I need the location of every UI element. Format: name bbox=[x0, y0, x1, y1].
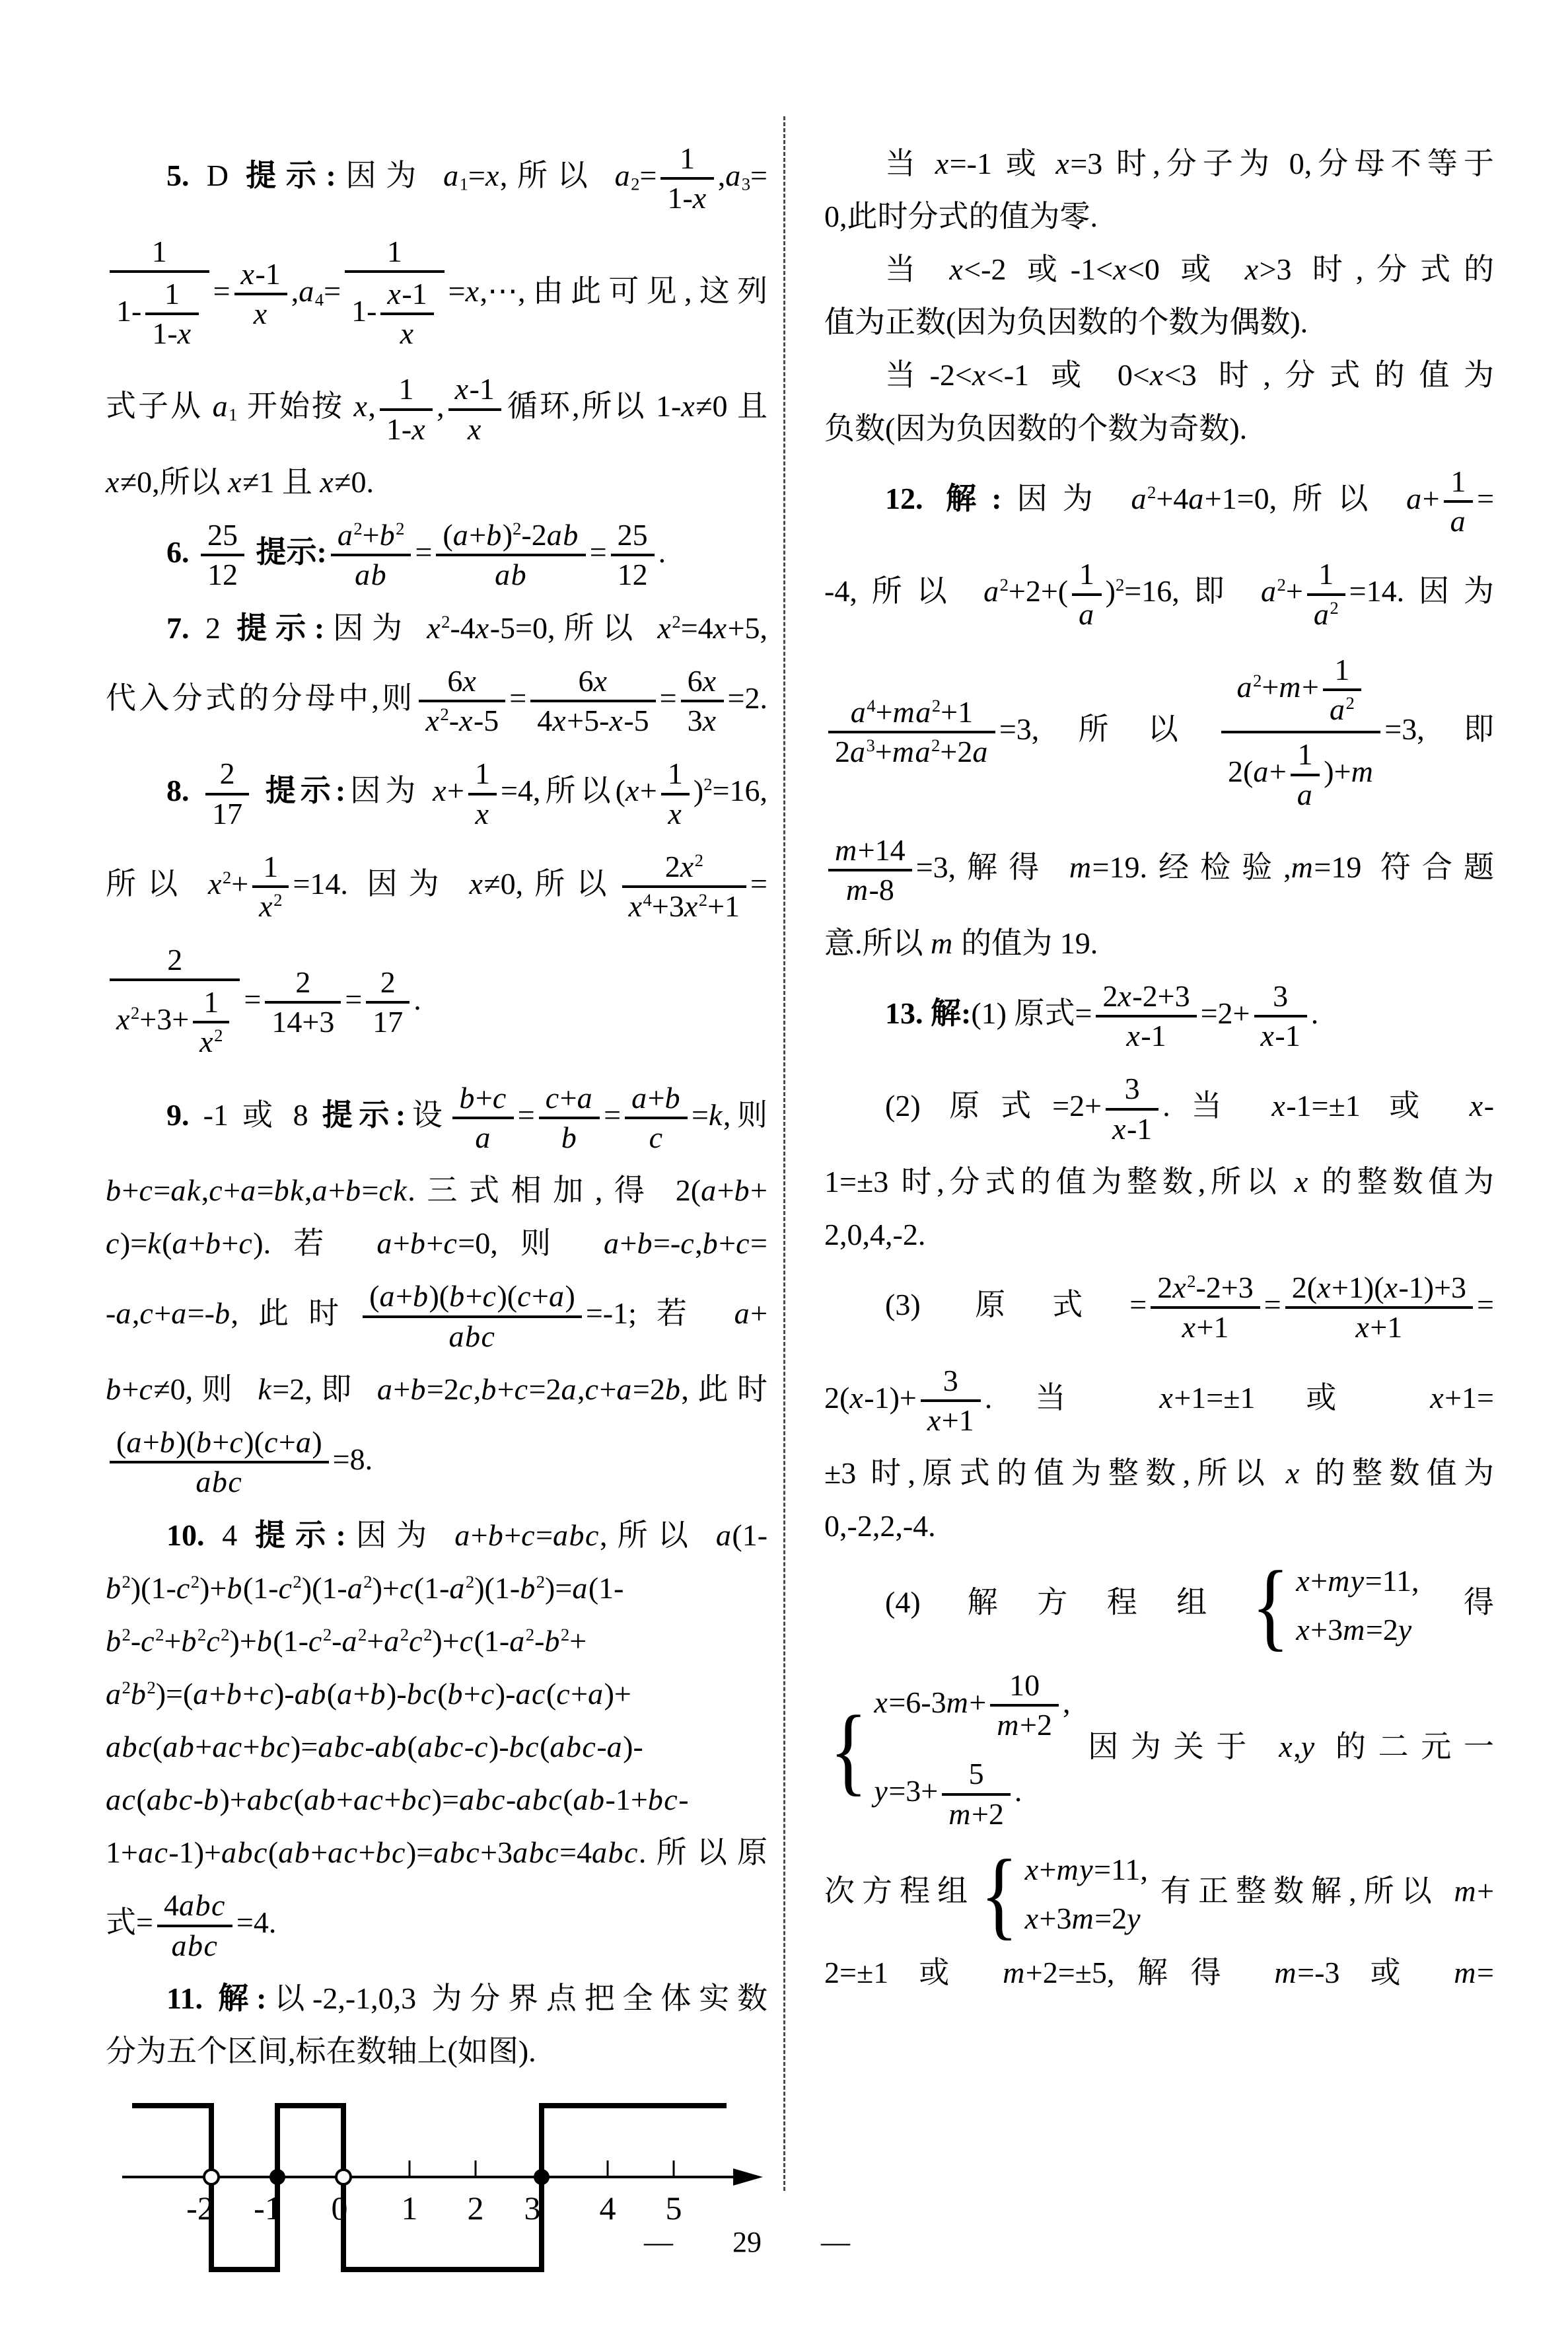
axis-label: 3 bbox=[524, 2190, 541, 2227]
math-line: -a,c+a=-b,此时(a+b)(b+c)(c+a)abc=-1;若 a+ bbox=[106, 1278, 767, 1355]
open-point bbox=[204, 2170, 219, 2184]
math-line: 1=±3 时,分式的值为整数,所以 x 的整数值为 bbox=[824, 1163, 1494, 1200]
axis-label: -1 bbox=[254, 2190, 281, 2227]
math-line: {x=6-3m+10m+2,y=3+5m+2.因为关于 x,y 的二元一 bbox=[824, 1666, 1494, 1834]
math-line: 11. 解:以-2,-1,0,3 为分界点把全体实数 bbox=[106, 1980, 767, 2017]
math-line: 分为五个区间,标在数轴上(如图). bbox=[106, 2033, 767, 2070]
math-line: 意.所以 m 的值为 19. bbox=[824, 925, 1494, 962]
axis-label: 5 bbox=[666, 2190, 682, 2227]
math-line: 6. 2512 提示:a2+b2ab=(a+b)2-2abab=2512. bbox=[106, 517, 767, 594]
math-line: 11-11-x=x-1x,a4=11-x-1x=x,⋯,由此可见,这列 bbox=[106, 233, 767, 355]
math-line: b2-c2+b2c2)+b(1-c2-a2+a2c2)+c(1-a2-b2+ bbox=[106, 1623, 767, 1660]
math-line: 当 x=-1 或 x=3 时,分子为 0,分母不等于 bbox=[824, 145, 1494, 182]
math-line: 负数(因为负因数的个数为奇数). bbox=[824, 410, 1494, 447]
math-line: 9. -1 或 8 提示:设b+ca=c+ab=a+bc=k,则 bbox=[106, 1080, 767, 1157]
right-column: 当 x=-1 或 x=3 时,分子为 0,分母不等于 0,此时分式的值为零. 当… bbox=[824, 129, 1494, 2007]
axis-label: 0 bbox=[332, 2190, 348, 2227]
axis-label: 1 bbox=[402, 2190, 418, 2227]
math-line: x≠0,所以 x≠1 且 x≠0. bbox=[106, 464, 767, 501]
math-line: m+14m-8=3,解得 m=19.经检验,m=19 符合题 bbox=[824, 832, 1494, 909]
math-line: a2b2)=(a+b+c)-ab(a+b)-bc(b+c)-ac(c+a)+ bbox=[106, 1676, 767, 1713]
math-line: 12. 解:因为 a2+4a+1=0,所以 a+1a= bbox=[824, 463, 1494, 540]
math-line: 代入分式的分母中,则6xx2-x-5=6x4x+5-x-5=6x3x=2. bbox=[106, 663, 767, 740]
math-line: (4) 解方程组{x+my=11,x+3m=2y得 bbox=[824, 1561, 1494, 1650]
math-line: (3) 原式=2x2-2+3x+1=2(x+1)(x-1)+3x+1= bbox=[824, 1269, 1494, 1347]
math-line: 式=4abcabc=4. bbox=[106, 1887, 767, 1964]
footer-dash: — bbox=[821, 2225, 850, 2259]
axis-arrow-icon bbox=[733, 2168, 763, 2186]
math-line: b2)(1-c2)+b(1-c2)(1-a2)+c(1-a2)(1-b2)=a(… bbox=[106, 1570, 767, 1607]
axis-label: -2 bbox=[186, 2190, 214, 2227]
math-line: (a+b)(b+c)(c+a)abc=8. bbox=[106, 1424, 767, 1501]
math-line: -4,所以 a2+2+(1a)2=16,即 a2+1a2=14.因为 bbox=[824, 556, 1494, 633]
math-line: b+c≠0,则 k=2,即 a+b=2c,b+c=2a,c+a=2b,此时 bbox=[106, 1371, 767, 1408]
math-line: abc(ab+ac+bc)=abc-ab(abc-c)-bc(abc-a)- bbox=[106, 1728, 767, 1765]
axis-label: 4 bbox=[600, 2190, 616, 2227]
math-line: 式子从 a1 开始按 x,11-x,x-1x循环,所以 1-x≠0 且 bbox=[106, 371, 767, 448]
column-divider bbox=[783, 116, 785, 2191]
math-line: 2x2+3+1x2=214+3=217. bbox=[106, 941, 767, 1064]
math-line: ac(abc-b)+abc(ab+ac+bc)=abc-abc(ab-1+bc- bbox=[106, 1781, 767, 1818]
math-line: 2(x-1)+3x+1.当 x+1=±1 或 x+1= bbox=[824, 1362, 1494, 1440]
math-line: 1+ac-1)+abc(ab+ac+bc)=abc+3abc=4abc.所以原 bbox=[106, 1834, 767, 1871]
math-line: 8. 217 提示:因为 x+1x=4,所以(x+1x)2=16, bbox=[106, 755, 767, 832]
closed-point bbox=[534, 2169, 550, 2185]
math-line: 当-2<x<-1 或 0<x<3 时,分式的值为 bbox=[824, 357, 1494, 394]
math-line: 10. 4 提示:因为 a+b+c=abc,所以 a(1- bbox=[106, 1517, 767, 1554]
math-line: 2=±1 或 m+2=±5,解得 m=-3 或 m= bbox=[824, 1954, 1494, 1991]
math-line: 0,此时分式的值为零. bbox=[824, 198, 1494, 235]
math-line: 7. 2 提示:因为 x2-4x-5=0,所以 x2=4x+5, bbox=[106, 610, 767, 647]
math-line: 次方程组{x+my=11,x+3m=2y有正整数解,所以 m+ bbox=[824, 1850, 1494, 1938]
axis-label: 2 bbox=[468, 2190, 484, 2227]
math-line: a4+ma2+12a3+ma2+2a=3,所以a2+m+1a22(a+1a)+m… bbox=[824, 649, 1494, 816]
sign-wave-path bbox=[132, 2106, 727, 2270]
math-line: 当 x<-2 或-1<x<0 或 x>3 时,分式的 bbox=[824, 251, 1494, 288]
left-column: 5. D 提示:因为 a1=x,所以 a2=11-x,a3= 11-11-x=x… bbox=[106, 124, 767, 2291]
closed-point bbox=[269, 2169, 285, 2185]
math-line: 值为正数(因为负因数的个数为偶数). bbox=[824, 304, 1494, 341]
math-line: 所以 x2+1x2=14. 因为 x≠0,所以2x2x4+3x2+1= bbox=[106, 848, 767, 926]
open-point bbox=[336, 2170, 351, 2184]
number-line-figure: -2 -1 0 1 2 3 4 5 bbox=[112, 2092, 767, 2291]
footer-dash: — bbox=[644, 2225, 673, 2259]
math-line: 0,-2,2,-4. bbox=[824, 1508, 1494, 1545]
number-line-svg: -2 -1 0 1 2 3 4 5 bbox=[112, 2092, 773, 2291]
math-line: 5. D 提示:因为 a1=x,所以 a2=11-x,a3= bbox=[106, 140, 767, 217]
math-line: ±3 时,原式的值为整数,所以 x 的整数值为 bbox=[824, 1455, 1494, 1492]
math-line: 2,0,4,-2. bbox=[824, 1216, 1494, 1253]
math-line: 13. 解:(1) 原式=2x-2+3x-1=2+3x-1. bbox=[824, 978, 1494, 1055]
math-line: b+c=ak,c+a=bk,a+b=ck.三式相加,得 2(a+b+ bbox=[106, 1172, 767, 1209]
math-line: c)=k(a+b+c).若 a+b+c=0,则 a+b=-c,b+c= bbox=[106, 1225, 767, 1262]
math-line: (2) 原式=2+3x-1.当 x-1=±1 或 x- bbox=[824, 1070, 1494, 1148]
page-footer: — 29 — bbox=[644, 2225, 850, 2259]
page-number: 29 bbox=[732, 2225, 762, 2259]
